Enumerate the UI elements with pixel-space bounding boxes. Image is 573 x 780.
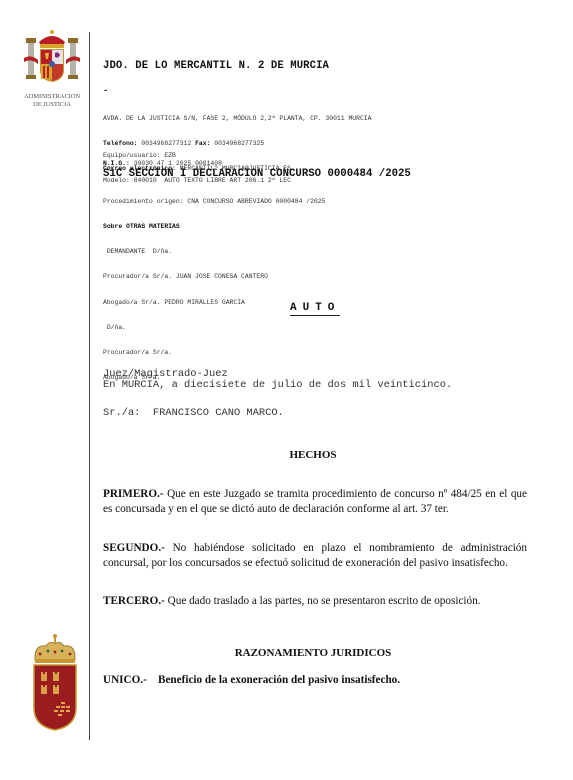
administracion-justicia-caption: ADMINISTRACION DE JUSTICIA <box>22 93 82 108</box>
judge-name: Sr./a: FRANCISCO CANO MARCO. <box>103 407 284 420</box>
party-line: Procurador/a Sr/a. JUAN JOSE CONESA CANT… <box>103 273 325 281</box>
case-section-title: S1C SECCION I DECLARACION CONCURSO 00004… <box>103 168 411 180</box>
court-address: AVDA. DE LA JUSTICIA S/N, FASE 2, MÓDULO… <box>103 115 371 123</box>
hecho-segundo: SEGUNDO.- No habiéndose solicitado en pl… <box>103 541 527 571</box>
razonamiento-unico: UNICO.- Beneficio de la exoneración del … <box>103 674 400 686</box>
document-type-title: AUTO <box>290 302 340 316</box>
procedimiento-origen: Procedimiento origen: CNA CONCURSO ABREV… <box>103 198 325 206</box>
margin-rule <box>89 32 90 740</box>
place-date: En MURCIA, a diecisiete de julio de dos … <box>103 379 452 391</box>
sobre-line: Sobre OTRAS MATERIAS <box>103 223 325 231</box>
hecho-primero: PRIMERO.- Que en este Juzgado se tramita… <box>103 487 527 517</box>
murcia-shield-icon <box>30 632 80 732</box>
hecho-tercero: TERCERO.- Que dado traslado a las partes… <box>103 594 527 609</box>
hechos-heading: HECHOS <box>103 449 523 461</box>
equipo-usuario: Equipo/usuario: EZB <box>103 152 291 160</box>
header-dash: - <box>103 86 108 96</box>
spain-coat-of-arms-logo: ADMINISTRACION DE JUSTICIA <box>22 28 82 108</box>
razonamiento-heading: RAZONAMIENTO JURIDICOS <box>103 647 523 659</box>
court-name: JDO. DE LO MERCANTIL N. 2 DE MURCIA <box>103 60 329 72</box>
party-line: DEMANDANTE D/ña. <box>103 248 325 256</box>
coat-of-arms-icon <box>22 28 82 86</box>
party-line: D/ña. <box>103 324 325 332</box>
murcia-coat-of-arms-logo <box>30 632 80 732</box>
